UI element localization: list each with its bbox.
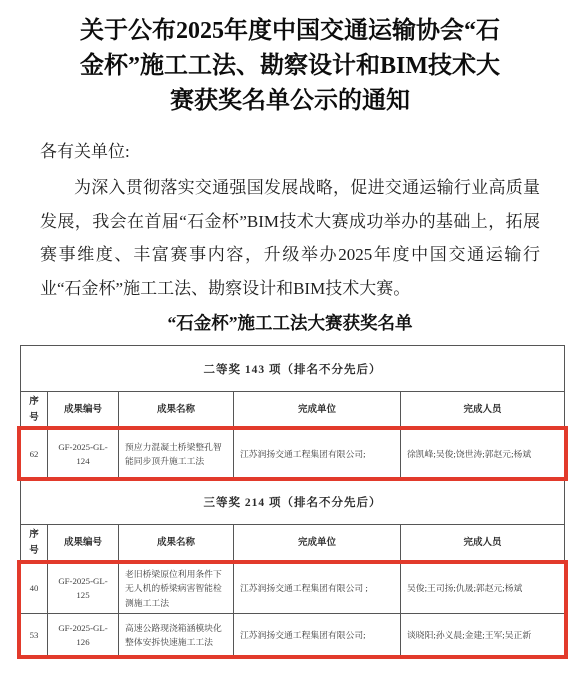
document-title-line-2: 金杯”施工工法、勘察设计和BIM技术大: [38, 49, 542, 84]
document-page: 关于公布2025年度中国交通运输协会“石 金杯”施工工法、勘察设计和BIM技术大…: [0, 0, 580, 689]
table-row: 40 GF-2025-GL-125 老旧桥梁原位利用条件下无人机的桥梁病害智能检…: [21, 563, 564, 614]
cell-code: GF-2025-GL-125: [47, 564, 118, 614]
table-row: 53 GF-2025-GL-126 高速公路现浇箱涵模块化整体安拆快速施工工法 …: [21, 613, 564, 656]
column-header-row-third-prize: 序号 成果编号 成果名称 完成单位 完成人员: [21, 524, 564, 562]
section-heading: “石金杯”施工工法大赛获奖名单: [0, 310, 580, 335]
col-header-code: 成果编号: [47, 525, 118, 562]
cell-serial: 53: [21, 614, 47, 656]
col-header-serial: 序号: [21, 525, 47, 562]
column-header-row-second-prize: 序号 成果编号 成果名称 完成单位 完成人员: [21, 391, 564, 429]
cell-name: 预应力混凝土桥梁整孔智能同步顶升施工工法: [118, 430, 233, 478]
cell-name: 高速公路现浇箱涵模块化整体安拆快速施工工法: [118, 614, 233, 656]
col-header-name: 成果名称: [118, 525, 233, 562]
document-title: 关于公布2025年度中国交通运输协会“石 金杯”施工工法、勘察设计和BIM技术大…: [38, 14, 542, 119]
awards-table: 二等奖 143 项（排名不分先后） 序号 成果编号 成果名称 完成单位 完成人员…: [20, 345, 565, 657]
group-header-third-prize: 三等奖 214 项（排名不分先后）: [21, 478, 564, 524]
cell-people: 谈晓阳;孙义晨;金建;王军;吴正新: [400, 614, 564, 656]
cell-serial: 62: [21, 430, 47, 478]
document-title-line-3: 赛获奖名单公示的通知: [38, 84, 542, 119]
col-header-people: 完成人员: [400, 392, 564, 429]
cell-code: GF-2025-GL-126: [47, 614, 118, 656]
col-header-people: 完成人员: [400, 525, 564, 562]
col-header-name: 成果名称: [118, 392, 233, 429]
cell-people: 徐凯峰;吴俊;饶世涛;郭赵元;杨斌: [400, 430, 564, 478]
col-header-code: 成果编号: [47, 392, 118, 429]
highlight-group-second-prize: 62 GF-2025-GL-124 预应力混凝土桥梁整孔智能同步顶升施工工法 江…: [21, 429, 564, 478]
cell-name: 老旧桥梁原位利用条件下无人机的桥梁病害智能检测施工工法: [118, 564, 233, 614]
cell-org: 江苏润扬交通工程集团有限公司;: [233, 430, 400, 478]
cell-org: 江苏润扬交通工程集团有限公司 ;: [233, 564, 400, 614]
cell-people: 吴俊;王司扬;仇晟;郭赵元;杨斌: [400, 564, 564, 614]
highlight-group-third-prize: 40 GF-2025-GL-125 老旧桥梁原位利用条件下无人机的桥梁病害智能检…: [21, 563, 564, 657]
group-header-second-prize: 二等奖 143 项（排名不分先后）: [21, 346, 564, 391]
body-paragraph: 为深入贯彻落实交通强国发展战略，促进交通运输行业高质量发展，我会在首届“石金杯”…: [40, 171, 540, 305]
cell-serial: 40: [21, 564, 47, 614]
col-header-org: 完成单位: [233, 525, 400, 562]
document-title-line-1: 关于公布2025年度中国交通运输协会“石: [38, 14, 542, 49]
table-row: 62 GF-2025-GL-124 预应力混凝土桥梁整孔智能同步顶升施工工法 江…: [21, 429, 564, 478]
cell-code: GF-2025-GL-124: [47, 430, 118, 478]
cell-org: 江苏润扬交通工程集团有限公司;: [233, 614, 400, 656]
salutation: 各有关单位:: [40, 137, 580, 162]
col-header-org: 完成单位: [233, 392, 400, 429]
col-header-serial: 序号: [21, 392, 47, 429]
